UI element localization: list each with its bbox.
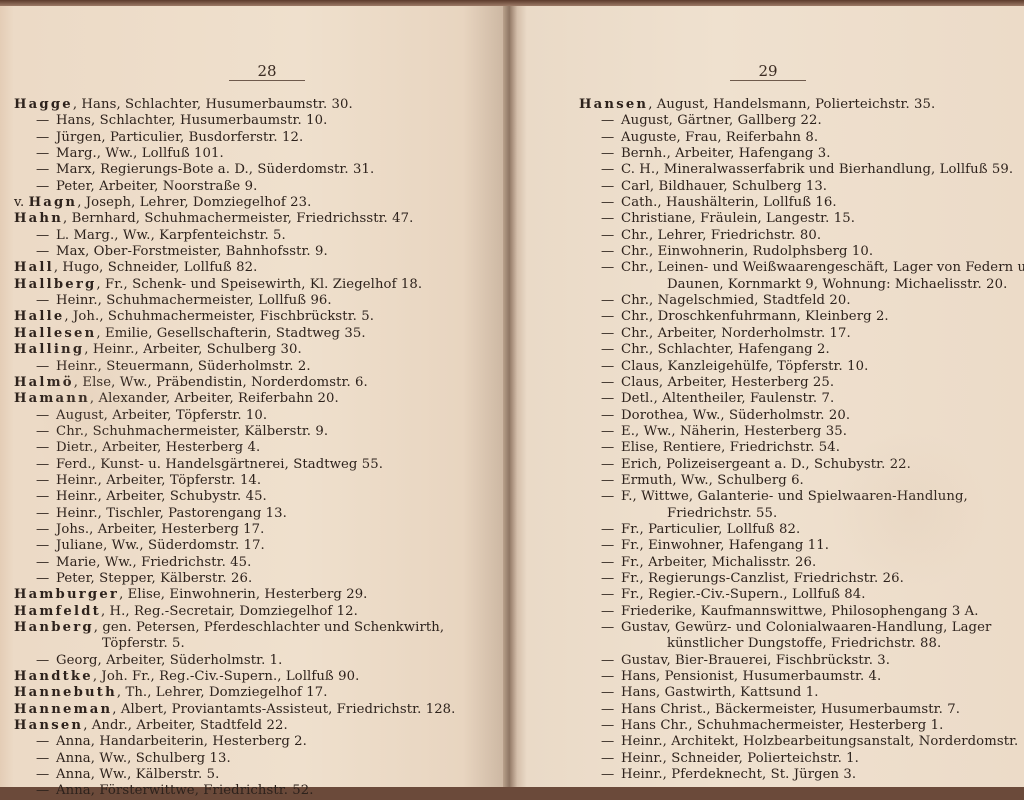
ditto-dash: — xyxy=(601,179,621,195)
entry-text: Fr., Arbeiter, Michalisstr. 26. xyxy=(621,555,816,570)
directory-entry: künstlicher Dungstoffe, Friedrichstr. 88… xyxy=(579,636,1019,652)
directory-entry: —Hans, Gastwirth, Kattsund 1. xyxy=(579,685,1019,701)
directory-entry: Daunen, Kornmarkt 9, Wohnung: Michaeliss… xyxy=(579,277,1019,293)
directory-entry: Hanberg, gen. Petersen, Pferdeschlachter… xyxy=(14,620,484,636)
directory-entry: —Gustav, Gewürz- und Colonialwaaren-Hand… xyxy=(579,620,1019,636)
ditto-dash: — xyxy=(601,734,621,750)
ditto-dash: — xyxy=(601,587,621,603)
directory-entry: —Detl., Altentheiler, Faulenstr. 7. xyxy=(579,391,1019,407)
directory-entry: Hamburger, Elise, Einwohnerin, Hesterber… xyxy=(14,587,484,603)
entry-text: Daunen, Kornmarkt 9, Wohnung: Michaeliss… xyxy=(667,277,1007,292)
ditto-dash: — xyxy=(601,571,621,587)
directory-entry: —Chr., Droschkenfuhrmann, Kleinberg 2. xyxy=(579,309,1019,325)
entry-text: Friederike, Kaufmannswittwe, Philosophen… xyxy=(621,604,979,619)
entry-text: Cath., Haushälterin, Lollfuß 16. xyxy=(621,195,837,210)
directory-entry: —Fr., Particulier, Lollfuß 82. xyxy=(579,522,1019,538)
ditto-dash: — xyxy=(36,293,56,309)
directory-entry: —Hans, Pensionist, Husumerbaumstr. 4. xyxy=(579,669,1019,685)
page-number-right: 29 xyxy=(728,62,808,80)
directory-entry: —Carl, Bildhauer, Schulberg 13. xyxy=(579,179,1019,195)
directory-entry: —Heinr., Schneider, Polierteichstr. 1. xyxy=(579,751,1019,767)
entry-text: Fr., Regierungs-Canzlist, Friedrichstr. … xyxy=(621,571,904,586)
directory-entry: Hanneman, Albert, Proviantamts-Assisteut… xyxy=(14,702,484,718)
directory-entry: —Auguste, Frau, Reiferbahn 8. xyxy=(579,130,1019,146)
directory-entry: —Anna, Ww., Schulberg 13. xyxy=(14,751,484,767)
entry-text: Hans, Pensionist, Husumerbaumstr. 4. xyxy=(621,669,881,684)
entry-text: , Albert, Proviantamts-Assisteut, Friedr… xyxy=(112,702,455,717)
directory-entry: —C. H., Mineralwasserfabrik und Bierhand… xyxy=(579,162,1019,178)
directory-entry: —Heinr., Schuhmachermeister, Lollfuß 96. xyxy=(14,293,484,309)
book-spread: 28 Hagge, Hans, Schlachter, Husumerbaums… xyxy=(0,0,1024,787)
entry-text: Claus, Kanzleigehülfe, Töpferstr. 10. xyxy=(621,359,868,374)
ditto-dash: — xyxy=(601,260,621,276)
entry-text: F., Wittwe, Galanterie- und Spielwaaren-… xyxy=(621,489,968,504)
directory-entry: Hagge, Hans, Schlachter, Husumerbaumstr.… xyxy=(14,97,484,113)
directory-entry: Friedrichstr. 55. xyxy=(579,506,1019,522)
ditto-dash: — xyxy=(601,473,621,489)
entry-text: Johs., Arbeiter, Hesterberg 17. xyxy=(56,522,264,537)
entry-text: August, Arbeiter, Töpferstr. 10. xyxy=(56,408,267,423)
entry-text: L. Marg., Ww., Karpfenteichstr. 5. xyxy=(56,228,286,243)
entry-text: , Else, Ww., Präbendistin, Norderdomstr.… xyxy=(74,375,368,390)
entry-text: Chr., Leinen- und Weißwaarengeschäft, La… xyxy=(621,260,1024,275)
entry-text: Chr., Schuhmachermeister, Kälberstr. 9. xyxy=(56,424,328,439)
entry-text: Anna, Ww., Kälberstr. 5. xyxy=(56,767,219,782)
entry-text: Hans Chr., Schuhmachermeister, Hesterber… xyxy=(621,718,943,733)
directory-entry: —Marie, Ww., Friedrichstr. 45. xyxy=(14,555,484,571)
directory-entry: Halling, Heinr., Arbeiter, Schulberg 30. xyxy=(14,342,484,358)
ditto-dash: — xyxy=(36,751,56,767)
entry-text: C. H., Mineralwasserfabrik und Bierhandl… xyxy=(621,162,1013,177)
directory-entry: —Gustav, Bier-Brauerei, Fischbrückstr. 3… xyxy=(579,653,1019,669)
directory-entry: —Hans Chr., Schuhmachermeister, Hesterbe… xyxy=(579,718,1019,734)
entry-surname: Halle xyxy=(14,309,64,324)
directory-entry: —Chr., Arbeiter, Norderholmstr. 17. xyxy=(579,326,1019,342)
directory-entry: Hallberg, Fr., Schenk- und Speisewirth, … xyxy=(14,277,484,293)
ditto-dash: — xyxy=(601,113,621,129)
ditto-dash: — xyxy=(601,130,621,146)
directory-entry: Hall, Hugo, Schneider, Lollfuß 82. xyxy=(14,260,484,276)
directory-entry: —Bernh., Arbeiter, Hafengang 3. xyxy=(579,146,1019,162)
entry-text: E., Ww., Näherin, Hesterberg 35. xyxy=(621,424,847,439)
entry-text: Jürgen, Particulier, Busdorferstr. 12. xyxy=(56,130,303,145)
directory-entry: —Hans Christ., Bäckermeister, Husumerbau… xyxy=(579,702,1019,718)
directory-entry: Hahn, Bernhard, Schuhmachermeister, Frie… xyxy=(14,211,484,227)
entry-text: , Alexander, Arbeiter, Reiferbahn 20. xyxy=(90,391,339,406)
ditto-dash: — xyxy=(36,571,56,587)
entry-surname: Hanneman xyxy=(14,702,112,717)
entry-text: Chr., Schlachter, Hafengang 2. xyxy=(621,342,830,357)
entry-text: Hans, Schlachter, Husumerbaumstr. 10. xyxy=(56,113,327,128)
ditto-dash: — xyxy=(601,195,621,211)
ditto-dash: — xyxy=(601,408,621,424)
entry-text: , Emilie, Gesellschafterin, Stadtweg 35. xyxy=(96,326,365,341)
ditto-dash: — xyxy=(601,620,621,636)
directory-entry: —Chr., Schlachter, Hafengang 2. xyxy=(579,342,1019,358)
ditto-dash: — xyxy=(601,538,621,554)
ditto-dash: — xyxy=(36,228,56,244)
entry-text: Dorothea, Ww., Süderholmstr. 20. xyxy=(621,408,850,423)
directory-entry: —Peter, Arbeiter, Noorstraße 9. xyxy=(14,179,484,195)
ditto-dash: — xyxy=(601,375,621,391)
page-number-rule-left xyxy=(229,80,305,81)
directory-entry: —Dorothea, Ww., Süderholmstr. 20. xyxy=(579,408,1019,424)
ditto-dash: — xyxy=(601,457,621,473)
directory-entry: —Anna, Försterwittwe, Friedrichstr. 52. xyxy=(14,783,484,787)
entry-text: Heinr., Arbeiter, Schubystr. 45. xyxy=(56,489,267,504)
directory-entry: —Chr., Leinen- und Weißwaarengeschäft, L… xyxy=(579,260,1019,276)
entry-text: , Hugo, Schneider, Lollfuß 82. xyxy=(54,260,258,275)
ditto-dash: — xyxy=(601,522,621,538)
ditto-dash: — xyxy=(36,244,56,260)
entry-text: Fr., Regier.-Civ.-Supern., Lollfuß 84. xyxy=(621,587,866,602)
directory-entry: —Fr., Regierungs-Canzlist, Friedrichstr.… xyxy=(579,571,1019,587)
directory-entry: Hallesen, Emilie, Gesellschafterin, Stad… xyxy=(14,326,484,342)
entry-surname: Hagn xyxy=(29,195,78,210)
entry-text: Heinr., Tischler, Pastorengang 13. xyxy=(56,506,287,521)
entry-text: Fr., Particulier, Lollfuß 82. xyxy=(621,522,800,537)
entry-text: Peter, Stepper, Kälberstr. 26. xyxy=(56,571,252,586)
entry-text: Ferd., Kunst- u. Handelsgärtnerei, Stadt… xyxy=(56,457,383,472)
entry-text: Carl, Bildhauer, Schulberg 13. xyxy=(621,179,827,194)
entry-text: August, Gärtner, Gallberg 22. xyxy=(621,113,822,128)
entry-surname: Hamburger xyxy=(14,587,119,602)
directory-entry: v. Hagn, Joseph, Lehrer, Domziegelhof 23… xyxy=(14,195,484,211)
entry-text: Chr., Nagelschmied, Stadtfeld 20. xyxy=(621,293,851,308)
entry-text: Chr., Einwohnerin, Rudolphsberg 10. xyxy=(621,244,873,259)
directory-entry: —Heinr., Tischler, Pastorengang 13. xyxy=(14,506,484,522)
page-number-rule-right xyxy=(730,80,806,81)
ditto-dash: — xyxy=(601,162,621,178)
ditto-dash: — xyxy=(601,653,621,669)
ditto-dash: — xyxy=(601,146,621,162)
entry-surname: Hallesen xyxy=(14,326,96,341)
ditto-dash: — xyxy=(601,293,621,309)
ditto-dash: — xyxy=(601,718,621,734)
ditto-dash: — xyxy=(36,522,56,538)
entry-text: Heinr., Pferdeknecht, St. Jürgen 3. xyxy=(621,767,856,782)
entry-text: Bernh., Arbeiter, Hafengang 3. xyxy=(621,146,831,161)
ditto-dash: — xyxy=(601,751,621,767)
directory-entry: —Georg, Arbeiter, Süderholmstr. 1. xyxy=(14,653,484,669)
entry-text: , gen. Petersen, Pferdeschlachter und Sc… xyxy=(94,620,444,635)
entry-surname: Hall xyxy=(14,260,54,275)
directory-entry: —Ferd., Kunst- u. Handelsgärtnerei, Stad… xyxy=(14,457,484,473)
directory-entry: —Max, Ober-Forstmeister, Bahnhofsstr. 9. xyxy=(14,244,484,260)
entry-text: Anna, Ww., Schulberg 13. xyxy=(56,751,231,766)
entry-text: Marg., Ww., Lollfuß 101. xyxy=(56,146,224,161)
entry-surname: Hansen xyxy=(579,97,648,112)
directory-entry: —Cath., Haushälterin, Lollfuß 16. xyxy=(579,195,1019,211)
directory-entry: —Ermuth, Ww., Schulberg 6. xyxy=(579,473,1019,489)
directory-entry: —Peter, Stepper, Kälberstr. 26. xyxy=(14,571,484,587)
directory-entry: Halle, Joh., Schuhmachermeister, Fischbr… xyxy=(14,309,484,325)
right-page: 29 Hansen, August, Handelsmann, Polierte… xyxy=(517,6,1024,787)
directory-entry: —Heinr., Pferdeknecht, St. Jürgen 3. xyxy=(579,767,1019,783)
entry-text: künstlicher Dungstoffe, Friedrichstr. 88… xyxy=(667,636,941,651)
directory-entry: —Hans, Schlachter, Husumerbaumstr. 10. xyxy=(14,113,484,129)
entry-text: Heinr., Arbeiter, Töpferstr. 14. xyxy=(56,473,261,488)
entry-text: Elise, Rentiere, Friedrichstr. 54. xyxy=(621,440,840,455)
ditto-dash: — xyxy=(36,424,56,440)
entry-text: , Joseph, Lehrer, Domziegelhof 23. xyxy=(77,195,311,210)
entry-text: Hans, Gastwirth, Kattsund 1. xyxy=(621,685,819,700)
ditto-dash: — xyxy=(36,555,56,571)
ditto-dash: — xyxy=(601,440,621,456)
page-number-left: 28 xyxy=(227,62,307,80)
ditto-dash: — xyxy=(36,146,56,162)
ditto-dash: — xyxy=(601,228,621,244)
directory-entry: Hansen, Andr., Arbeiter, Stadtfeld 22. xyxy=(14,718,484,734)
ditto-dash: — xyxy=(601,391,621,407)
directory-entry: —Chr., Einwohnerin, Rudolphsberg 10. xyxy=(579,244,1019,260)
directory-entries-left: Hagge, Hans, Schlachter, Husumerbaumstr.… xyxy=(14,97,484,787)
entry-text: , Hans, Schlachter, Husumerbaumstr. 30. xyxy=(73,97,353,112)
entry-text: Auguste, Frau, Reiferbahn 8. xyxy=(621,130,818,145)
directory-entry: Halmö, Else, Ww., Präbendistin, Norderdo… xyxy=(14,375,484,391)
entry-text: Georg, Arbeiter, Süderholmstr. 1. xyxy=(56,653,282,668)
ditto-dash: — xyxy=(36,506,56,522)
ditto-dash: — xyxy=(36,359,56,375)
entry-text: Töpferstr. 5. xyxy=(102,636,185,651)
directory-entry: —Claus, Kanzleigehülfe, Töpferstr. 10. xyxy=(579,359,1019,375)
directory-entry: —Elise, Rentiere, Friedrichstr. 54. xyxy=(579,440,1019,456)
directory-entry: —Marg., Ww., Lollfuß 101. xyxy=(14,146,484,162)
directory-entry: —L. Marg., Ww., Karpfenteichstr. 5. xyxy=(14,228,484,244)
directory-entry: —Jürgen, Particulier, Busdorferstr. 12. xyxy=(14,130,484,146)
ditto-dash: — xyxy=(36,734,56,750)
ditto-dash: — xyxy=(36,408,56,424)
ditto-dash: — xyxy=(36,440,56,456)
directory-entry: —Erich, Polizeisergeant a. D., Schubystr… xyxy=(579,457,1019,473)
directory-entry: Hansen, August, Handelsmann, Polierteich… xyxy=(579,97,1019,113)
entry-text: Juliane, Ww., Süderdomstr. 17. xyxy=(56,538,265,553)
directory-entry: —Chr., Nagelschmied, Stadtfeld 20. xyxy=(579,293,1019,309)
entry-text: , Elise, Einwohnerin, Hesterberg 29. xyxy=(119,587,367,602)
ditto-dash: — xyxy=(601,702,621,718)
entry-text: Marie, Ww., Friedrichstr. 45. xyxy=(56,555,251,570)
directory-entry: —Chr., Lehrer, Friedrichstr. 80. xyxy=(579,228,1019,244)
ditto-dash: — xyxy=(601,244,621,260)
ditto-dash: — xyxy=(36,179,56,195)
directory-entry: Hannebuth, Th., Lehrer, Domziegelhof 17. xyxy=(14,685,484,701)
directory-entries-right: Hansen, August, Handelsmann, Polierteich… xyxy=(579,97,1019,783)
entry-text: Chr., Lehrer, Friedrichstr. 80. xyxy=(621,228,821,243)
entry-text: , Andr., Arbeiter, Stadtfeld 22. xyxy=(83,718,288,733)
entry-surname: Hamann xyxy=(14,391,90,406)
ditto-dash: — xyxy=(601,359,621,375)
ditto-dash: — xyxy=(36,489,56,505)
ditto-dash: — xyxy=(36,162,56,178)
entry-text: Erich, Polizeisergeant a. D., Schubystr.… xyxy=(621,457,911,472)
entry-text: Anna, Handarbeiterin, Hesterberg 2. xyxy=(56,734,307,749)
entry-surname: Hallberg xyxy=(14,277,96,292)
directory-entry: —Anna, Ww., Kälberstr. 5. xyxy=(14,767,484,783)
entry-text: Heinr., Schuhmachermeister, Lollfuß 96. xyxy=(56,293,332,308)
entry-text: Detl., Altentheiler, Faulenstr. 7. xyxy=(621,391,834,406)
directory-entry: —Marx, Regierungs-Bote a. D., Süderdomst… xyxy=(14,162,484,178)
entry-text: Anna, Försterwittwe, Friedrichstr. 52. xyxy=(56,783,314,787)
directory-entry: —Heinr., Arbeiter, Schubystr. 45. xyxy=(14,489,484,505)
entry-text: Claus, Arbeiter, Hesterberg 25. xyxy=(621,375,834,390)
ditto-dash: — xyxy=(601,309,621,325)
ditto-dash: — xyxy=(36,538,56,554)
ditto-dash: — xyxy=(36,473,56,489)
directory-entry: —F., Wittwe, Galanterie- und Spielwaaren… xyxy=(579,489,1019,505)
directory-entry: —Fr., Regier.-Civ.-Supern., Lollfuß 84. xyxy=(579,587,1019,603)
ditto-dash: — xyxy=(36,767,56,783)
entry-text: , Joh. Fr., Reg.-Civ.-Supern., Lollfuß 9… xyxy=(93,669,360,684)
ditto-dash: — xyxy=(601,555,621,571)
ditto-dash: — xyxy=(36,783,56,787)
directory-entry: —Dietr., Arbeiter, Hesterberg 4. xyxy=(14,440,484,456)
entry-prefix: v. xyxy=(14,195,29,210)
ditto-dash: — xyxy=(36,457,56,473)
directory-entry: Töpferstr. 5. xyxy=(14,636,484,652)
directory-entry: —Christiane, Fräulein, Langestr. 15. xyxy=(579,211,1019,227)
entry-surname: Handtke xyxy=(14,669,93,684)
directory-entry: —Juliane, Ww., Süderdomstr. 17. xyxy=(14,538,484,554)
ditto-dash: — xyxy=(601,489,621,505)
entry-text: Heinr., Schneider, Polierteichstr. 1. xyxy=(621,751,859,766)
entry-text: Peter, Arbeiter, Noorstraße 9. xyxy=(56,179,257,194)
ditto-dash: — xyxy=(601,326,621,342)
directory-entry: —Anna, Handarbeiterin, Hesterberg 2. xyxy=(14,734,484,750)
entry-text: Gustav, Gewürz- und Colonialwaaren-Handl… xyxy=(621,620,991,635)
entry-surname: Hamfeldt xyxy=(14,604,101,619)
entry-text: , Heinr., Arbeiter, Schulberg 30. xyxy=(84,342,302,357)
entry-text: Christiane, Fräulein, Langestr. 15. xyxy=(621,211,855,226)
entry-text: Fr., Einwohner, Hafengang 11. xyxy=(621,538,829,553)
entry-text: Heinr., Steuermann, Süderholmstr. 2. xyxy=(56,359,311,374)
entry-text: , H., Reg.-Secretair, Domziegelhof 12. xyxy=(101,604,358,619)
entry-surname: Hansen xyxy=(14,718,83,733)
entry-surname: Hannebuth xyxy=(14,685,117,700)
entry-text: Chr., Droschkenfuhrmann, Kleinberg 2. xyxy=(621,309,889,324)
directory-entry: —Heinr., Steuermann, Süderholmstr. 2. xyxy=(14,359,484,375)
entry-surname: Hahn xyxy=(14,211,63,226)
ditto-dash: — xyxy=(601,685,621,701)
entry-surname: Halmö xyxy=(14,375,74,390)
book-gutter xyxy=(503,6,517,787)
directory-entry: —Fr., Arbeiter, Michalisstr. 26. xyxy=(579,555,1019,571)
entry-text: , Fr., Schenk- und Speisewirth, Kl. Zieg… xyxy=(96,277,422,292)
entry-text: Chr., Arbeiter, Norderholmstr. 17. xyxy=(621,326,851,341)
ditto-dash: — xyxy=(601,211,621,227)
ditto-dash: — xyxy=(36,113,56,129)
entry-surname: Halling xyxy=(14,342,84,357)
directory-entry: —Fr., Einwohner, Hafengang 11. xyxy=(579,538,1019,554)
entry-text: Dietr., Arbeiter, Hesterberg 4. xyxy=(56,440,260,455)
left-page: 28 Hagge, Hans, Schlachter, Husumerbaums… xyxy=(0,6,503,787)
directory-entry: —E., Ww., Näherin, Hesterberg 35. xyxy=(579,424,1019,440)
directory-entry: Hamfeldt, H., Reg.-Secretair, Domziegelh… xyxy=(14,604,484,620)
entry-surname: Hanberg xyxy=(14,620,94,635)
entry-text: Friedrichstr. 55. xyxy=(667,506,777,521)
entry-text: , Joh., Schuhmachermeister, Fischbrückst… xyxy=(64,309,374,324)
entry-surname: Hagge xyxy=(14,97,73,112)
directory-entry: —August, Arbeiter, Töpferstr. 10. xyxy=(14,408,484,424)
ditto-dash: — xyxy=(601,424,621,440)
directory-entry: —Heinr., Arbeiter, Töpferstr. 14. xyxy=(14,473,484,489)
directory-entry: —August, Gärtner, Gallberg 22. xyxy=(579,113,1019,129)
entry-text: , Th., Lehrer, Domziegelhof 17. xyxy=(117,685,328,700)
ditto-dash: — xyxy=(601,604,621,620)
directory-entry: Hamann, Alexander, Arbeiter, Reiferbahn … xyxy=(14,391,484,407)
ditto-dash: — xyxy=(601,669,621,685)
ditto-dash: — xyxy=(601,342,621,358)
entry-text: Marx, Regierungs-Bote a. D., Süderdomstr… xyxy=(56,162,374,177)
entry-text: , Bernhard, Schuhmachermeister, Friedric… xyxy=(63,211,413,226)
entry-text: Gustav, Bier-Brauerei, Fischbrückstr. 3. xyxy=(621,653,890,668)
entry-text: Heinr., Architekt, Holzbearbeitungsansta… xyxy=(621,734,1024,749)
entry-text: Max, Ober-Forstmeister, Bahnhofsstr. 9. xyxy=(56,244,328,259)
entry-text: , August, Handelsmann, Polierteichstr. 3… xyxy=(648,97,935,112)
ditto-dash: — xyxy=(601,767,621,783)
directory-entry: —Chr., Schuhmachermeister, Kälberstr. 9. xyxy=(14,424,484,440)
directory-entry: —Heinr., Architekt, Holzbearbeitungsanst… xyxy=(579,734,1019,750)
entry-text: Hans Christ., Bäckermeister, Husumerbaum… xyxy=(621,702,960,717)
ditto-dash: — xyxy=(36,130,56,146)
ditto-dash: — xyxy=(36,653,56,669)
directory-entry: —Friederike, Kaufmannswittwe, Philosophe… xyxy=(579,604,1019,620)
directory-entry: —Claus, Arbeiter, Hesterberg 25. xyxy=(579,375,1019,391)
entry-text: Ermuth, Ww., Schulberg 6. xyxy=(621,473,804,488)
directory-entry: —Johs., Arbeiter, Hesterberg 17. xyxy=(14,522,484,538)
directory-entry: Handtke, Joh. Fr., Reg.-Civ.-Supern., Lo… xyxy=(14,669,484,685)
